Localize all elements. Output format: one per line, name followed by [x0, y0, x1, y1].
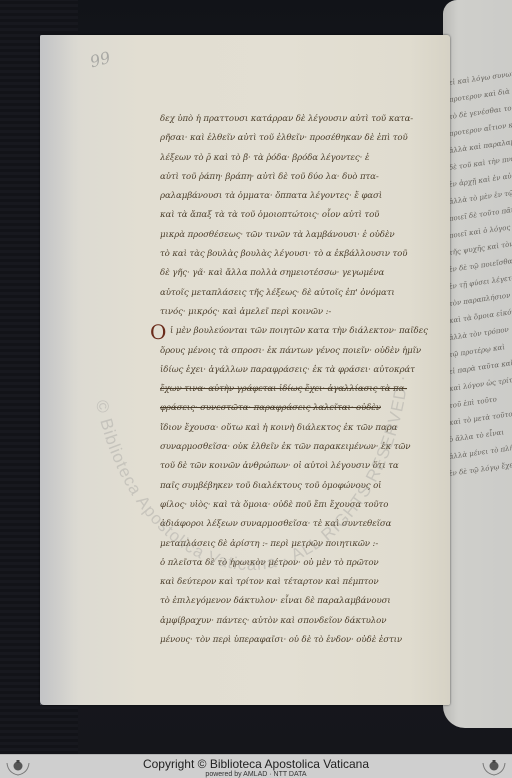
vatican-library-emblem-icon: [3, 757, 33, 777]
manuscript-line: τινός· μικρός· καὶ ἀμελεῖ περὶ κοινῶν :-: [160, 303, 430, 322]
manuscript-folio: 99 δεχ ὑπὸ ἡ πραττουσι κατάρραν δὲ λέγου…: [40, 35, 450, 705]
folio-number: 99: [88, 48, 113, 72]
manuscript-line: τὸ καὶ τὰς βουλὰς βουλὰς λέγουσι· τὸ α ἐ…: [160, 245, 430, 264]
manuscript-line: δεχ ὑπὸ ἡ πραττουσι κατάρραν δὲ λέγουσιν…: [160, 110, 430, 129]
powered-by-text: powered by AMLAD · NTT DATA: [0, 771, 512, 778]
manuscript-line: συναρμοσθεῖσα· οὐκ ἐλθεῖν ἐκ τῶν παρακει…: [160, 438, 430, 457]
manuscript-text: δεχ ὑπὸ ἡ πραττουσι κατάρραν δὲ λέγουσιν…: [160, 110, 430, 650]
manuscript-image-viewer[interactable]: εἰ καὶ λόγω συνωνυμίαπροτερον καὶ διὰ τὴ…: [0, 0, 512, 754]
facing-page-text: εἰ καὶ λόγω συνωνυμίαπροτερον καὶ διὰ τὴ…: [449, 75, 512, 483]
vatican-library-emblem-icon: [479, 757, 509, 777]
manuscript-line: ἔχων τινα· αὐτὴν γράφεται ἰδίως ἔχει· ἀγ…: [160, 380, 430, 399]
manuscript-line: ἀμφίβραχυν· πάντες· αὐτὸν καὶ σπονδεῖον …: [160, 612, 430, 631]
manuscript-line: ραλαμβάνουσι τὰ ὀμματα· ὄππατα λέγοντες·…: [160, 187, 430, 206]
manuscript-line: ὁ πλεῖστα δὲ τὸ ἡρωικὸν μέτρον· οὐ μὲν τ…: [160, 554, 430, 573]
manuscript-line: λέξεων τὸ ρ̄ καὶ τὸ β̄· τὰ ῥόδα· βρόδα λ…: [160, 149, 430, 168]
copyright-text: Copyright © Biblioteca Apostolica Vatica…: [0, 757, 512, 771]
manuscript-line: τὸ ἐπιλεγόμενον δάκτυλον· εἶναι δὲ παραλ…: [160, 592, 430, 611]
manuscript-line: τοῦ δὲ τῶν κοινῶν ἀνθρώπων· οἱ αὐτοὶ λέγ…: [160, 457, 430, 476]
manuscript-line: μικρὰ προσθέσεως· τῶν τινῶν τὰ λαμβάνουσ…: [160, 226, 430, 245]
facing-page: εἰ καὶ λόγω συνωνυμίαπροτερον καὶ διὰ τὴ…: [443, 0, 512, 728]
manuscript-line: μένους· τὸν περὶ ὑπεραφαῖσι· οὐ δὲ τὸ ἐν…: [160, 631, 430, 650]
manuscript-line: φράσεις· συνεστῶτα· παραφράσεις λαλεῖται…: [160, 399, 430, 418]
manuscript-line: αὐτοῖς μεταπλάσεις τῆς λέξεως· δὲ αὐτοῖς…: [160, 284, 430, 303]
manuscript-line: ρῆσαι· καὶ ἐλθεῖν αὐτὶ τοῦ ἐλθεῖν· προσέ…: [160, 129, 430, 148]
manuscript-line: φίλος· υἱὸς· καὶ τὰ ὅμοια· οὐδὲ ποῦ ἔπι …: [160, 496, 430, 515]
manuscript-line: παῖς συμβέβηκεν τοῦ διαλέκτους τοῦ ὁμοφώ…: [160, 477, 430, 496]
footer-bar: Copyright © Biblioteca Apostolica Vatica…: [0, 754, 512, 778]
manuscript-line: μεταπλάσεις δὲ ἀρίστη :- περὶ μετρῶν ποι…: [160, 535, 430, 554]
illuminated-initial: Ο: [150, 322, 166, 342]
manuscript-line: ἱ μὲν βουλεύονται τῶν ποιητῶν κατα τὴν δ…: [160, 322, 430, 341]
manuscript-line: ἴδιον ἔχουσα· οὕτω καὶ ἡ κοινὴ διάλεκτος…: [160, 419, 430, 438]
manuscript-line: δὲ γῆς· γᾶ· καὶ ἄλλα πολλὰ σημειοτέσσω· …: [160, 264, 430, 283]
manuscript-line: ἰδίως ἐχει· ἀγάλλων παραφράσεις· ἐκ τὰ φ…: [160, 361, 430, 380]
manuscript-line: ἀδιάφοροι λέξεων συναρμοσθεῖσα· τὲ καὶ σ…: [160, 515, 430, 534]
manuscript-line: ὅρους μένοις τὰ σπροσι· ἐκ πάντων γένος …: [160, 342, 430, 361]
manuscript-line: αὐτὶ τοῦ ῥάπη· βράπη· αὐτὶ δὲ τοῦ δύο λα…: [160, 168, 430, 187]
manuscript-line: καὶ δεύτερον καὶ τρίτον καὶ τέταρτον καὶ…: [160, 573, 430, 592]
manuscript-line: καὶ τὰ ἄπαξ τὰ τὰ τοῦ ὁμοιοπτώτοις· οἷον…: [160, 206, 430, 225]
